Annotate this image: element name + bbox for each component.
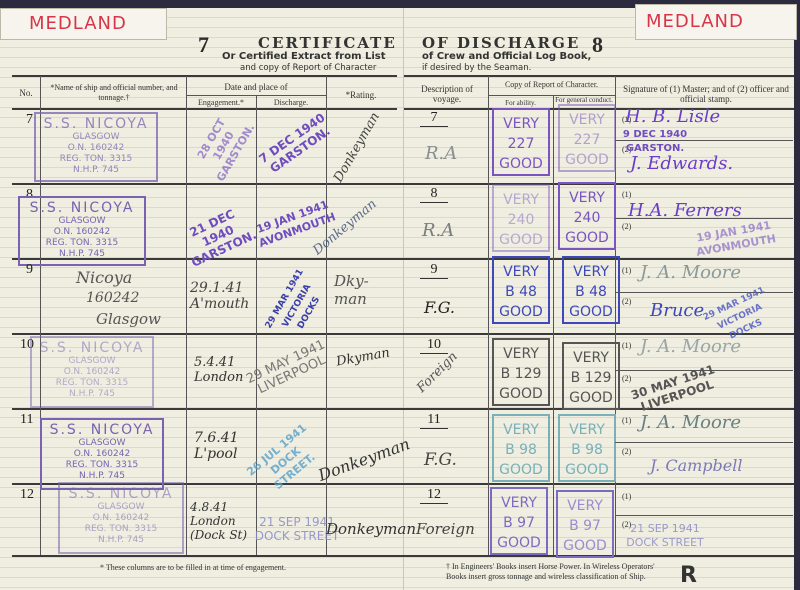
ability-stamp: VERYB 98GOOD: [492, 414, 550, 482]
officer-signature: J. Edwards.: [630, 153, 733, 174]
voyage-description: F.G.: [424, 298, 455, 317]
conduct-stamp: VERY227GOOD: [558, 104, 616, 172]
row-number: 7: [26, 112, 33, 128]
ship-stamp: S.S. NICOYA GLASGOW O.N. 160242 REG. TON…: [34, 112, 158, 182]
row-number: 9: [26, 262, 33, 278]
voyage-description: R.A: [422, 220, 454, 241]
signature-divider: [615, 442, 793, 443]
footnote-left: * These columns are to be filled in at t…: [100, 563, 340, 573]
name-tab-right: MEDLAND: [635, 4, 797, 40]
official-date-stamp: 21 SEP 1941 DOCK STREET: [620, 522, 710, 550]
ability-stamp: VERYB 97GOOD: [490, 487, 548, 555]
table-bottom-rule: [12, 555, 794, 557]
col-header-signature: Signature of (1) Master; and of (2) offi…: [620, 84, 792, 104]
signature-marker-1: (1): [622, 190, 631, 199]
voyage-description: Foreign: [416, 520, 475, 538]
master-signature: J. A. Moore: [640, 336, 741, 357]
ship-stamp: S.S. NICOYA GLASGOW O.N. 160242 REG. TON…: [18, 196, 146, 266]
seaman-name-right: MEDLAND: [646, 11, 744, 32]
col-header-ship: *Name of ship and official number, and t…: [48, 83, 180, 103]
col-header-copy-report: Copy of Report of Character.: [488, 80, 615, 90]
engagement-handwritten: 7.6.41 L'pool: [194, 430, 254, 462]
footnote-right: † In Engineers' Books insert Horse Power…: [446, 562, 661, 582]
col-divider: [553, 95, 554, 555]
officer-signature: J. Campbell: [650, 456, 742, 475]
conduct-stamp: VERYB 98GOOD: [558, 414, 616, 482]
conduct-stamp: VERYB 97GOOD: [556, 490, 614, 558]
row-number-right: 8: [420, 186, 448, 203]
ability-stamp: VERY227GOOD: [492, 108, 550, 176]
subtitle-right-1: of Crew and Official Log Book,: [422, 51, 591, 62]
table-top-rule-left: [12, 75, 397, 77]
signature-marker-1: (1): [622, 492, 631, 501]
voyage-description: R.A: [425, 143, 457, 164]
conduct-stamp: VERY240GOOD: [558, 182, 616, 250]
row-number-right: 10: [420, 337, 448, 354]
ship-number-handwritten: 160242: [86, 290, 139, 306]
signature-divider: [615, 515, 793, 516]
row-number: 11: [20, 412, 33, 428]
conduct-stamp: VERYB 48GOOD: [562, 256, 620, 324]
rating-handwritten: Dky-man: [334, 272, 394, 308]
ship-stamp: S.S. NICOYA GLASGOW O.N. 160242 REG. TON…: [30, 336, 154, 408]
ability-stamp: VERY240GOOD: [492, 184, 550, 252]
row-number-right: 12: [420, 487, 448, 504]
row-rule: [12, 408, 794, 410]
row-number-right: 7: [420, 110, 448, 127]
signature-marker-2: (2): [622, 297, 631, 306]
signature-marker-2: (2): [622, 447, 631, 456]
ship-stamp: S.S. NICOYA GLASGOW O.N. 160242 REG. TON…: [40, 418, 164, 490]
signature-marker-2: (2): [622, 222, 631, 231]
ship-port-handwritten: Glasgow: [96, 310, 161, 328]
col-header-no: No.: [12, 88, 40, 98]
col-header-ability: For ability.: [488, 98, 553, 108]
table-top-rule-right: [404, 75, 794, 77]
ability-stamp: VERYB 129GOOD: [492, 338, 550, 406]
ability-stamp: VERYB 48GOOD: [492, 256, 550, 324]
officer-signature: H.A. Ferrers: [628, 200, 742, 221]
conduct-stamp: VERYB 129GOOD: [562, 342, 620, 410]
col-divider: [186, 76, 187, 555]
col-header-discharge: Discharge.: [256, 98, 326, 108]
title-right: OF DISCHARGE: [422, 34, 580, 52]
row-rule: [12, 333, 794, 335]
name-tab-left: MEDLAND: [0, 8, 167, 40]
signature-marker-1: (1): [622, 341, 631, 350]
row-number-right: 9: [420, 262, 448, 279]
page-letter: R: [680, 563, 697, 588]
official-date-stamp: 9 DEC 1940 GARSTON.: [620, 128, 690, 156]
date-subheader-rule: [186, 95, 326, 96]
signature-marker-1: (1): [622, 416, 631, 425]
subtitle-right-2: if desired by the Seaman.: [422, 63, 531, 73]
col-divider: [488, 76, 489, 555]
signature-marker-2: (2): [622, 374, 631, 383]
ship-name-handwritten: Nicoya: [76, 268, 132, 287]
header-bottom-rule-left: [12, 108, 397, 110]
row-number: 12: [20, 487, 34, 503]
row-rule: [12, 183, 794, 185]
rating-handwritten: Donkeyman: [326, 520, 416, 538]
title-left: CERTIFICATE: [258, 34, 397, 52]
engagement-handwritten: 29.1.41 A'mouth: [190, 280, 260, 312]
col-header-description: Description of voyage.: [412, 84, 482, 104]
ship-stamp: S.S. NICOYA GLASGOW O.N. 160242 REG. TON…: [58, 482, 184, 554]
seaman-name-left: MEDLAND: [29, 13, 127, 34]
page-number-right: 8: [592, 32, 603, 58]
voyage-description: F.G.: [424, 450, 457, 470]
signature-marker-1: (1): [622, 266, 631, 275]
col-header-date-place: Date and place of: [186, 82, 326, 92]
master-signature: J. A. Moore: [640, 262, 741, 283]
subtitle-left-2: and copy of Report of Character: [240, 63, 376, 73]
row-number-right: 11: [420, 412, 448, 429]
page-number-left: 7: [198, 32, 209, 58]
master-signature: H. B. Lisle: [625, 106, 720, 127]
col-header-conduct: For general conduct.: [553, 96, 615, 104]
subtitle-left-1: Or Certified Extract from List: [222, 51, 386, 62]
col-header-rating: *Rating.: [326, 90, 396, 100]
master-signature: J. A. Moore: [640, 412, 741, 433]
